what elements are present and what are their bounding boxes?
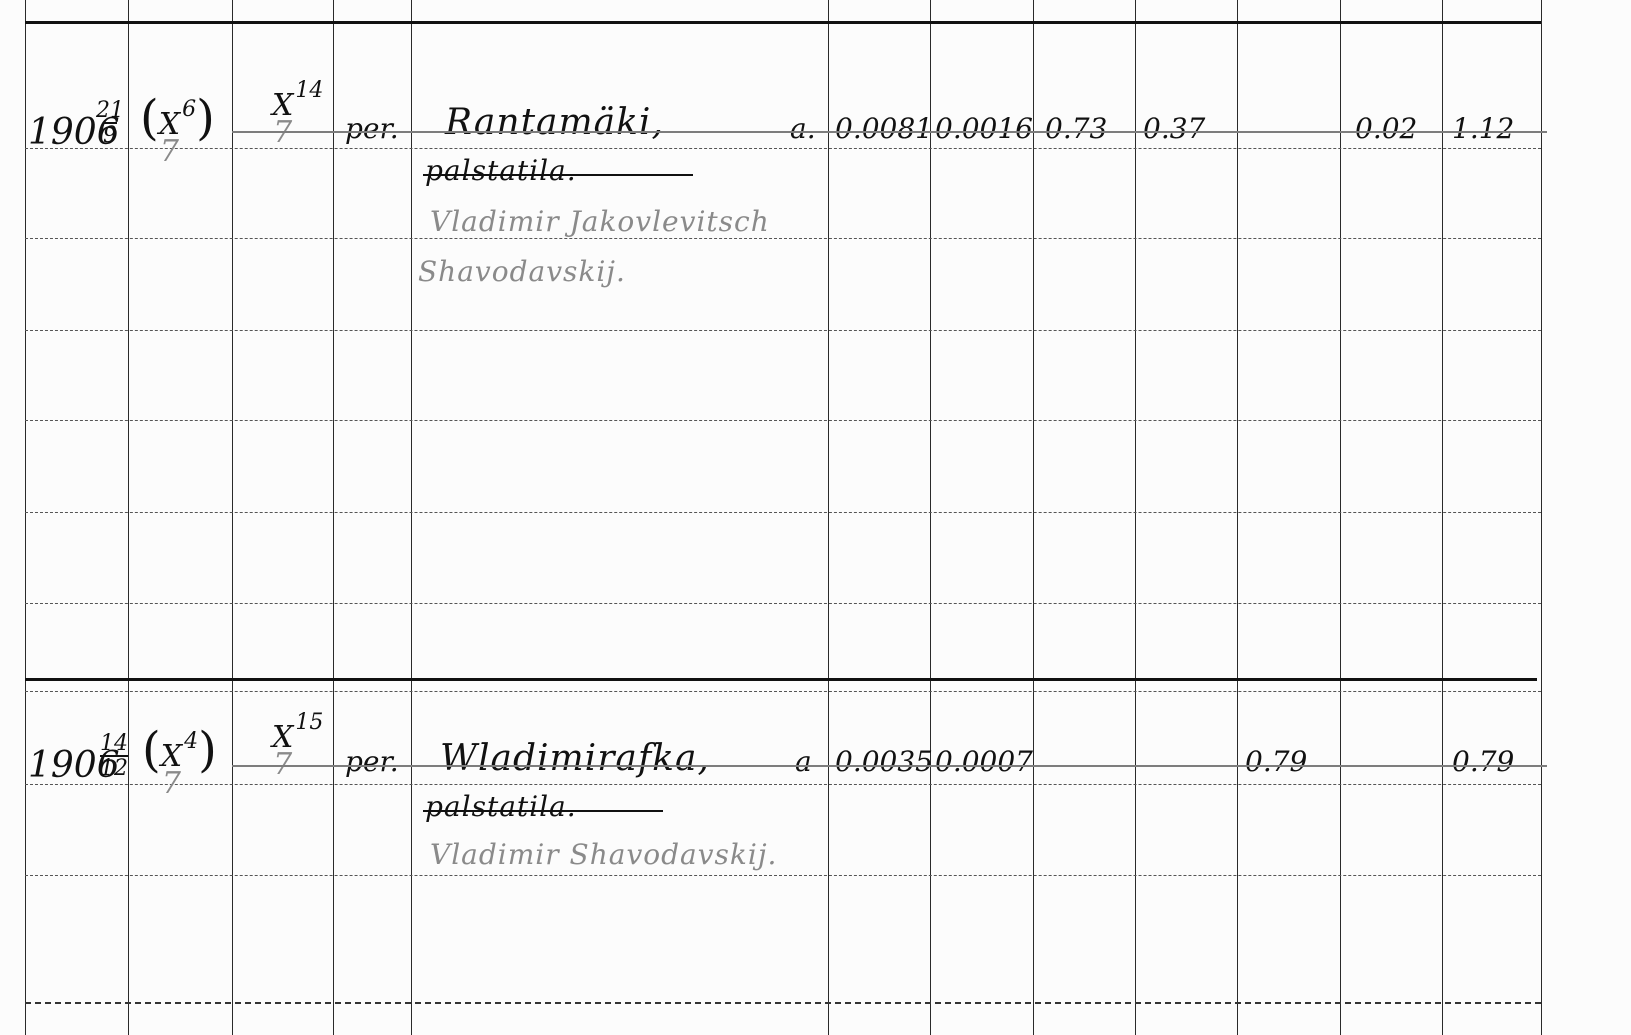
entry-2-type: per. [345, 745, 399, 778]
grid-vline [1237, 0, 1238, 1035]
entry-2-date-day: 14 [100, 733, 128, 755]
entry-1-date-month: 9 [103, 122, 117, 147]
grid-vline [1033, 0, 1034, 1035]
entry-1-note-pencil-2: Shavodavskij. [418, 255, 626, 288]
grid-vline [25, 0, 26, 1035]
grid-hline [25, 148, 1541, 149]
entry-1-date-day: 21 [96, 100, 124, 122]
entry-1-place-suffix: a. [790, 112, 816, 145]
grid-hline [25, 784, 1541, 785]
grid-hline [25, 875, 1541, 876]
entry-2-value-7: 0.79 [1452, 745, 1514, 778]
grid-vline [930, 0, 931, 1035]
entry-1-note-strike [423, 174, 693, 176]
grid-vline [232, 0, 233, 1035]
grid-hline [25, 691, 1541, 692]
grid-vline [1442, 0, 1443, 1035]
entry-1-value-4: 0.37 [1143, 112, 1205, 145]
entry-1-note-pencil-1: Vladimir Jakovlevitsch [430, 205, 770, 238]
entry-1-note-struck: palstatila. [425, 154, 577, 187]
entry-1-type: per. [345, 112, 399, 145]
entry-2-place: Wladimirafka, [440, 738, 710, 779]
ledger-page: 1906 21 9 (X76) X714 per. Rantamäki, a. … [0, 0, 1631, 1035]
grid-hline [25, 330, 1541, 331]
grid-hline-thick [25, 678, 1537, 681]
entry-2-note-struck: palstatila. [425, 790, 577, 823]
entry-1-place: Rantamäki, [445, 102, 664, 143]
grid-vline [828, 0, 829, 1035]
entry-1-value-3: 0.73 [1045, 112, 1107, 145]
grid-hline [25, 512, 1541, 513]
grid-vline [1541, 0, 1542, 1035]
entry-2-strike-line [232, 765, 1547, 767]
grid-hline-thick [25, 21, 1541, 24]
entry-1-date: 21 9 [96, 100, 124, 147]
entry-2-value-2: 0.0007 [935, 745, 1033, 778]
entry-2-code: (X74) [142, 722, 217, 797]
entry-2-ref: X715 [272, 724, 323, 778]
grid-vline [333, 0, 334, 1035]
entry-2-date: 14 12 [100, 733, 128, 780]
entry-2-place-suffix: a [795, 745, 812, 778]
entry-1-ref: X714 [272, 92, 323, 146]
entry-1-value-7: 1.12 [1452, 112, 1514, 145]
entry-2-value-1: 0.0035 [835, 745, 933, 778]
entry-2-value-5: 0.79 [1245, 745, 1307, 778]
grid-hline [25, 603, 1541, 604]
grid-hline [25, 238, 1541, 239]
entry-2-note-pencil-1: Vladimir Shavodavskij. [430, 838, 777, 871]
grid-vline [411, 0, 412, 1035]
entry-1-strike-line [232, 131, 1547, 133]
grid-vline [1135, 0, 1136, 1035]
entry-2-note-strike [423, 810, 663, 812]
entry-1-value-6: 0.02 [1355, 112, 1417, 145]
grid-vline [128, 0, 129, 1035]
grid-hline [25, 420, 1541, 421]
entry-1-value-2: 0.0016 [935, 112, 1033, 145]
entry-1-value-1: 0.0081 [835, 112, 933, 145]
entry-1-code: (X76) [140, 90, 215, 165]
entry-2-date-month: 12 [100, 755, 128, 780]
grid-hline [25, 1002, 1541, 1004]
grid-vline [1340, 0, 1341, 1035]
